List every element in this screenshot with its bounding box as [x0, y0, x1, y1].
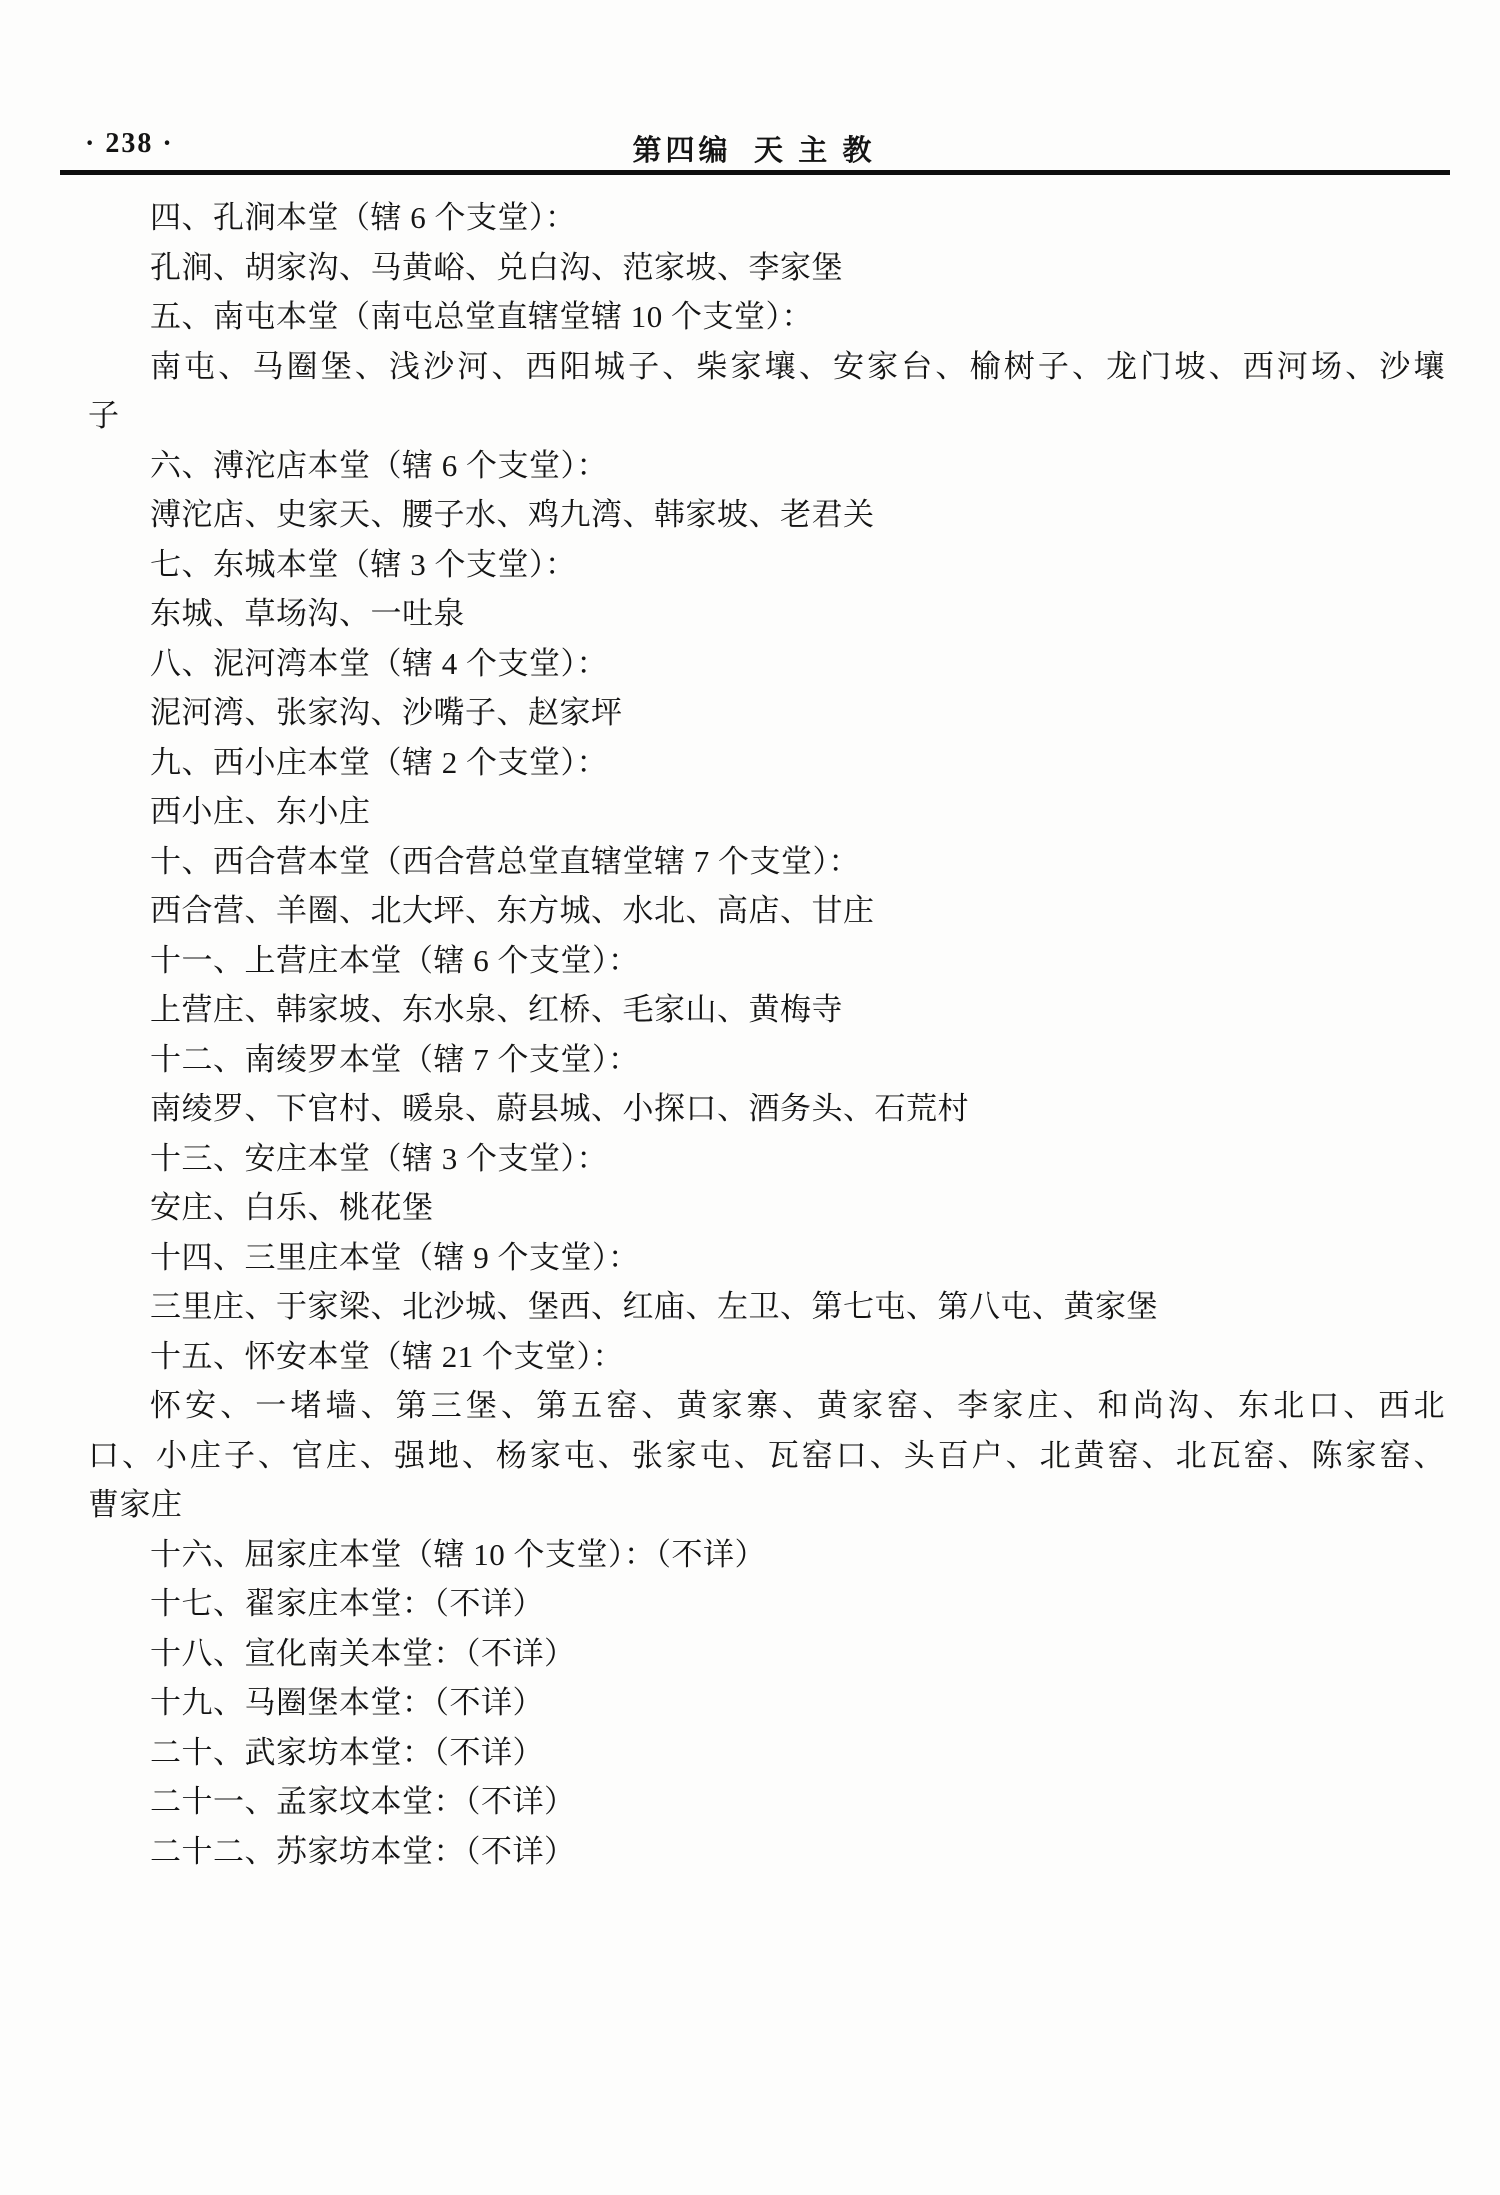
text-line: 六、溥沱店本堂（辖 6 个支堂）： [88, 441, 1445, 491]
text-line: 十九、马圈堡本堂：（不详） [88, 1678, 1445, 1728]
text-line: 南屯、马圈堡、浅沙河、西阳城子、柴家壤、安家台、榆树子、龙门坡、西河场、沙壤 [88, 342, 1445, 392]
text-line: 曹家庄 [88, 1480, 1445, 1530]
text-line: 十六、屈家庄本堂（辖 10 个支堂）：（不详） [88, 1530, 1445, 1580]
text-line: 南绫罗、下官村、暖泉、蔚县城、小探口、酒务头、石荒村 [88, 1084, 1445, 1134]
text-line: 西小庄、东小庄 [88, 787, 1445, 837]
header-rule [60, 170, 1450, 175]
text-line: 怀安、一堵墙、第三堡、第五窑、黄家寨、黄家窑、李家庄、和尚沟、东北口、西北 [88, 1381, 1445, 1431]
text-line: 西合营、羊圈、北大坪、东方城、水北、高店、甘庄 [88, 886, 1445, 936]
text-line: 十四、三里庄本堂（辖 9 个支堂）： [88, 1233, 1445, 1283]
page-number: · 238 · [85, 128, 174, 160]
text-line: 八、泥河湾本堂（辖 4 个支堂）： [88, 639, 1445, 689]
text-line: 二十二、苏家坊本堂：（不详） [88, 1827, 1445, 1877]
text-line: 二十一、孟家坟本堂：（不详） [88, 1777, 1445, 1827]
text-line: 七、东城本堂（辖 3 个支堂）： [88, 540, 1445, 590]
text-line: 安庄、白乐、桃花堡 [88, 1183, 1445, 1233]
text-line: 上营庄、韩家坡、东水泉、红桥、毛家山、黄梅寺 [88, 985, 1445, 1035]
text-line: 十三、安庄本堂（辖 3 个支堂）： [88, 1134, 1445, 1184]
text-line: 十一、上营庄本堂（辖 6 个支堂）： [88, 936, 1445, 986]
text-line: 十七、翟家庄本堂：（不详） [88, 1579, 1445, 1629]
body-lines: 四、孔涧本堂（辖 6 个支堂）：孔涧、胡家沟、马黄峪、兑白沟、范家坡、李家堡五、… [88, 193, 1445, 1876]
text-line: 九、西小庄本堂（辖 2 个支堂）： [88, 738, 1445, 788]
text-line: 泥河湾、张家沟、沙嘴子、赵家坪 [88, 688, 1445, 738]
text-line: 孔涧、胡家沟、马黄峪、兑白沟、范家坡、李家堡 [88, 243, 1445, 293]
text-line: 三里庄、于家梁、北沙城、堡西、红庙、左卫、第七屯、第八屯、黄家堡 [88, 1282, 1445, 1332]
text-line: 五、南屯本堂（南屯总堂直辖堂辖 10 个支堂）： [88, 292, 1445, 342]
text-line: 口、小庄子、官庄、强地、杨家屯、张家屯、瓦窑口、头百户、北黄窑、北瓦窑、陈家窑、 [88, 1431, 1445, 1481]
text-line: 溥沱店、史家天、腰子水、鸡九湾、韩家坡、老君关 [88, 490, 1445, 540]
text-line: 子 [88, 391, 1445, 441]
text-line: 四、孔涧本堂（辖 6 个支堂）： [88, 193, 1445, 243]
scanned-book-page: { "header": { "page_number": "· 238 ·", … [0, 0, 1500, 2195]
text-line: 十二、南绫罗本堂（辖 7 个支堂）： [88, 1035, 1445, 1085]
section-title: 第四编 天 主 教 [632, 128, 875, 169]
text-line: 二十、武家坊本堂：（不详） [88, 1728, 1445, 1778]
text-line: 十八、宣化南关本堂：（不详） [88, 1629, 1445, 1679]
text-line: 十五、怀安本堂（辖 21 个支堂）： [88, 1332, 1445, 1382]
text-line: 十、西合营本堂（西合营总堂直辖堂辖 7 个支堂）： [88, 837, 1445, 887]
text-line: 东城、草场沟、一吐泉 [88, 589, 1445, 639]
page-header: · 238 · 第四编 天 主 教 [60, 128, 1448, 170]
